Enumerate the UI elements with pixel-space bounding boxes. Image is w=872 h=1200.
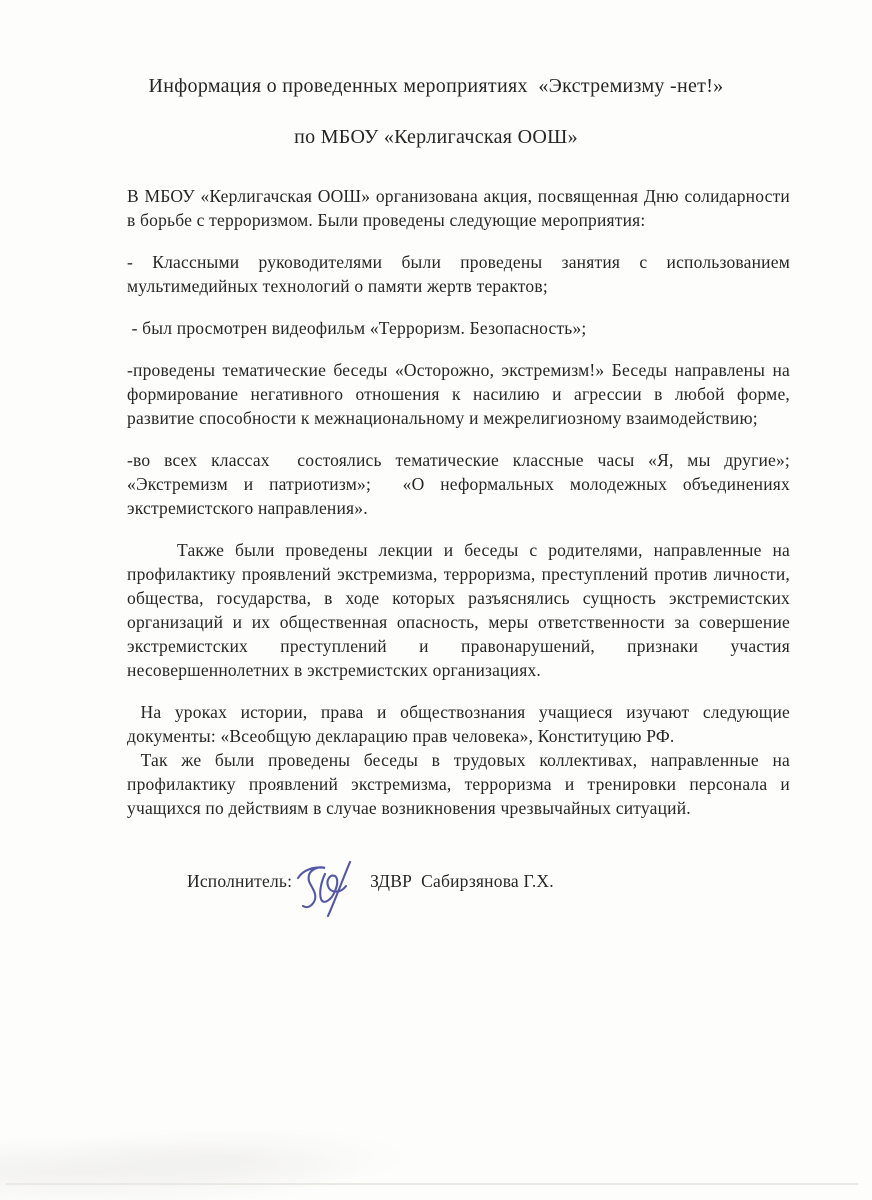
scan-edge-line-artifact [6, 1183, 858, 1185]
list-item-classroom-sessions: - Классными руководителями были проведен… [127, 250, 790, 298]
document-subtitle: по МБОУ «Керлигачская ООШ» [60, 123, 812, 151]
paragraph-work-collectives: Так же были проведены беседы в трудовых … [127, 748, 790, 820]
list-item-video-film: - был просмотрен видеофильм «Терроризм. … [127, 316, 790, 340]
list-item-thematic-talks: -проведены тематические беседы «Осторожн… [127, 358, 790, 430]
document-title: Информация о проведенных мероприятиях «Э… [60, 72, 812, 100]
paragraph-parent-lectures: Также были проведены лекции и беседы с р… [127, 538, 790, 682]
signature-label: Исполнитель: [187, 871, 292, 892]
paragraph-intro: В МБОУ «Керлигачская ООШ» организована а… [127, 184, 790, 232]
scanned-document-page: Информация о проведенных мероприятиях «Э… [0, 0, 872, 1200]
paragraph-history-lessons: На уроках истории, права и обществознани… [127, 700, 790, 748]
scan-smudge-artifact [0, 1130, 420, 1200]
signature-name: ЗДВР Сабирзянова Г.Х. [370, 871, 554, 892]
list-item-class-hours: -во всех классах состоялись тематические… [127, 448, 790, 520]
document-body: В МБОУ «Керлигачская ООШ» организована а… [127, 184, 790, 820]
signature-row: Исполнитель: ЗДВР Сабирзянова Г.Х. [187, 866, 872, 896]
handwritten-signature-icon [294, 856, 374, 918]
